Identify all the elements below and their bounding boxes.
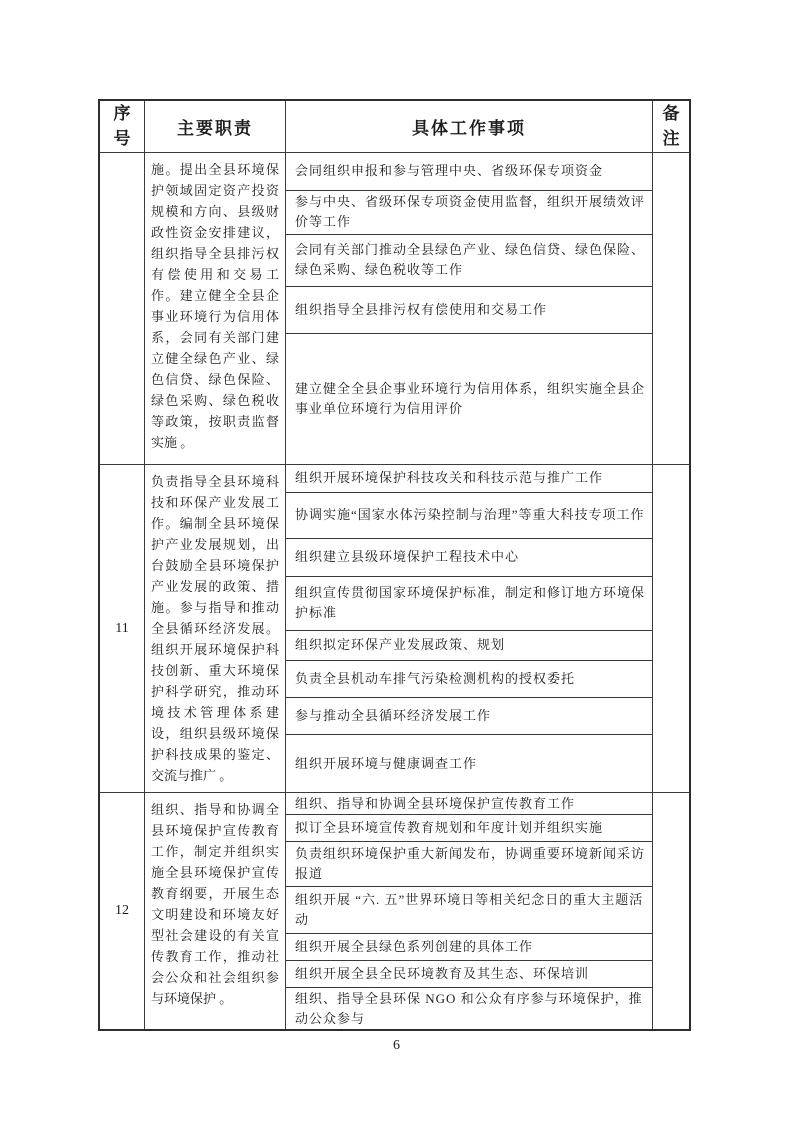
task-item-cell: 参与推动全县循环经济发展工作 (286, 698, 652, 735)
header-cell-duty: 主要职责 (145, 101, 286, 152)
task-item-cell: 负责全县机动车排气污染检测机构的授权委托 (286, 661, 652, 698)
task-item-text: 会同有关部门推动全县绿色产业、绿色信贷、绿色保险、绿色采购、绿色税收等工作 (295, 240, 646, 280)
header-no-label: 序号 (112, 102, 132, 151)
remark-cell (653, 793, 689, 1029)
duties-table: 序号 主要职责 具体工作事项 备注 施。提出全县环境保护领域固定资产投资规模和方… (98, 99, 691, 1031)
task-item-text: 组织指导全县排污权有偿使用和交易工作 (295, 300, 547, 320)
header-tasks-label: 具体工作事项 (412, 114, 526, 139)
table-row-block: 施。提出全县环境保护领域固定资产投资规模和方向、县级财政性资金安排建议，组织指导… (100, 153, 689, 465)
task-item-text: 组织拟定环保产业发展政策、规划 (295, 635, 505, 655)
task-items-column: 组织、指导和协调全县环境保护宣传教育工作拟订全县环境宣传教育规划和年度计划并组织… (286, 793, 653, 1029)
task-item-text: 组织开展全县全民环境教育及其生态、环保培训 (295, 964, 589, 984)
task-item-text: 拟订全县环境宣传教育规划和年度计划并组织实施 (295, 818, 603, 838)
duty-cell: 负责指导全县环境科技和环保产业发展工作。编制全县环境保护产业发展规划，出台鼓励全… (145, 465, 286, 792)
task-item-cell: 会同有关部门推动全县绿色产业、绿色信贷、绿色保险、绿色采购、绿色税收等工作 (286, 235, 652, 287)
task-item-cell: 协调实施“国家水体污染控制与治理”等重大科技专项工作 (286, 493, 652, 539)
task-item-cell: 组织指导全县排污权有偿使用和交易工作 (286, 287, 652, 335)
header-remark-label: 备注 (661, 102, 681, 151)
task-item-text: 组织开展 “六. 五”世界环境日等相关纪念日的重大主题活动 (295, 890, 646, 930)
task-item-text: 组织开展环境保护科技攻关和科技示范与推广工作 (295, 468, 603, 488)
task-item-cell: 组织宣传贯彻国家环境保护标准，制定和修订地方环境保护标准 (286, 577, 652, 631)
remark-cell (653, 153, 689, 464)
task-item-cell: 组织开展全县绿色系列创建的具体工作 (286, 934, 652, 961)
task-item-cell: 组织、指导全县环保 NGO 和公众有序参与环境保护，推动公众参与 (286, 988, 652, 1029)
task-item-cell: 参与中央、省级环保专项资金使用监督，组织开展绩效评价等工作 (286, 191, 652, 235)
row-number-cell (100, 153, 145, 464)
task-items-column: 会同组织申报和参与管理中央、省级环保专项资金参与中央、省级环保专项资金使用监督，… (286, 153, 653, 464)
task-item-cell: 组织建立县级环境保护工程技术中心 (286, 539, 652, 577)
task-item-text: 组织、指导全县环保 NGO 和公众有序参与环境保护，推动公众参与 (295, 989, 646, 1029)
task-item-text: 参与中央、省级环保专项资金使用监督，组织开展绩效评价等工作 (295, 192, 646, 232)
task-item-text: 协调实施“国家水体污染控制与治理”等重大科技专项工作 (295, 505, 645, 525)
task-item-cell: 建立健全全县企事业环境行为信用体系，组织实施全县企事业单位环境行为信用评价 (286, 334, 652, 464)
task-item-cell: 组织开展环境保护科技攻关和科技示范与推广工作 (286, 465, 652, 493)
header-duty-label: 主要职责 (177, 114, 253, 139)
task-item-text: 组织建立县级环境保护工程技术中心 (295, 547, 519, 567)
header-cell-no: 序号 (100, 101, 145, 152)
duty-cell: 组织、指导和协调全县环境保护宣传教育工作，制定并组织实施全县环境保护宣传教育纲要… (145, 793, 286, 1029)
task-item-cell: 会同组织申报和参与管理中央、省级环保专项资金 (286, 153, 652, 191)
document-page: 序号 主要职责 具体工作事项 备注 施。提出全县环境保护领域固定资产投资规模和方… (0, 0, 793, 1122)
task-item-cell: 负责组织环境保护重大新闻发布，协调重要环境新闻采访报道 (286, 842, 652, 887)
task-item-cell: 组织开展全县全民环境教育及其生态、环保培训 (286, 961, 652, 988)
task-item-cell: 组织开展 “六. 五”世界环境日等相关纪念日的重大主题活动 (286, 887, 652, 934)
task-item-text: 组织开展环境与健康调查工作 (295, 754, 477, 774)
table-row-block: 12 组织、指导和协调全县环境保护宣传教育工作，制定并组织实施全县环境保护宣传教… (100, 793, 689, 1029)
task-items-column: 组织开展环境保护科技攻关和科技示范与推广工作协调实施“国家水体污染控制与治理”等… (286, 465, 653, 792)
task-item-text: 组织宣传贯彻国家环境保护标准，制定和修订地方环境保护标准 (295, 583, 646, 623)
task-item-text: 组织开展全县绿色系列创建的具体工作 (295, 937, 533, 957)
task-item-text: 负责组织环境保护重大新闻发布，协调重要环境新闻采访报道 (295, 844, 646, 884)
task-item-text: 负责全县机动车排气污染检测机构的授权委托 (295, 669, 575, 689)
task-item-cell: 拟订全县环境宣传教育规划和年度计划并组织实施 (286, 815, 652, 842)
task-item-cell: 组织拟定环保产业发展政策、规划 (286, 631, 652, 662)
row-number-cell: 11 (100, 465, 145, 792)
header-cell-tasks: 具体工作事项 (286, 101, 653, 152)
task-item-text: 建立健全全县企事业环境行为信用体系，组织实施全县企事业单位环境行为信用评价 (295, 379, 646, 419)
table-header-row: 序号 主要职责 具体工作事项 备注 (100, 101, 689, 153)
task-item-cell: 组织、指导和协调全县环境保护宣传教育工作 (286, 793, 652, 815)
table-body: 施。提出全县环境保护领域固定资产投资规模和方向、县级财政性资金安排建议，组织指导… (100, 153, 689, 1029)
task-item-cell: 组织开展环境与健康调查工作 (286, 735, 652, 792)
task-item-text: 组织、指导和协调全县环境保护宣传教育工作 (295, 794, 575, 814)
row-number-cell: 12 (100, 793, 145, 1029)
task-item-text: 会同组织申报和参与管理中央、省级环保专项资金 (295, 161, 603, 181)
remark-cell (653, 465, 689, 792)
page-number: 6 (0, 1038, 793, 1054)
duty-cell: 施。提出全县环境保护领域固定资产投资规模和方向、县级财政性资金安排建议，组织指导… (145, 153, 286, 464)
task-item-text: 参与推动全县循环经济发展工作 (295, 706, 491, 726)
header-cell-remark: 备注 (653, 101, 689, 152)
table-row-block: 11 负责指导全县环境科技和环保产业发展工作。编制全县环境保护产业发展规划，出台… (100, 465, 689, 793)
